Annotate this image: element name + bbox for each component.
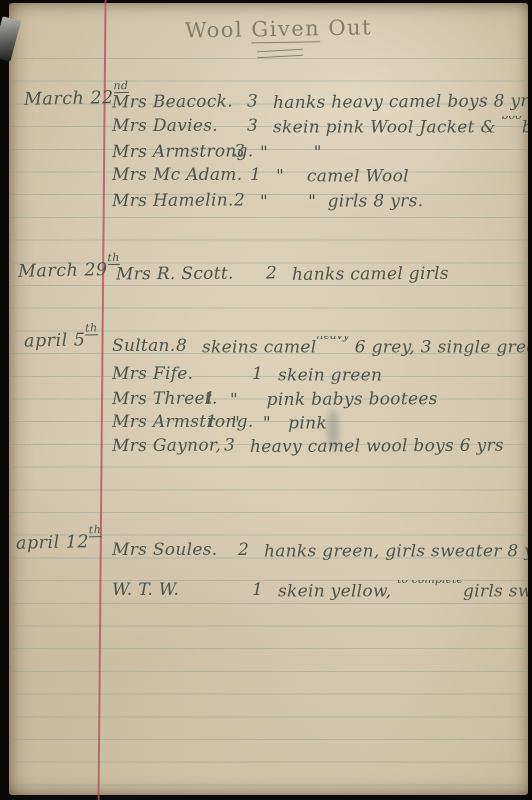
ledger-line: Mrs R. Scott. 2 hanks camel girls [116,262,528,287]
quantity: 3 [224,435,250,457]
recipient-name: Mrs Soules. [112,540,238,562]
scanned-ledger-page: { "page": { "title_pre": "Wool ", "title… [0,0,532,800]
date-ordinal: th [107,251,120,265]
quantity: 8 [176,336,202,358]
ledger-line: Mrs Beacock. 3 hanks heavy camel boys 8 … [112,90,528,115]
item-description: " camel Wool [276,165,409,187]
desc-part: skein yellow, [278,582,397,602]
entry-date-april-5: april 5th [24,328,98,351]
quantity: 1 [252,580,278,602]
date-text: april 5 [24,330,86,351]
quantity: 3 [234,141,260,163]
ledger-line: Mrs Soules. 2 hanks green, girls sweater… [112,540,528,562]
title-word-given: Given [251,16,320,43]
title-flourish [257,49,303,58]
desc-part: " " pink [232,414,327,434]
item-description: hanks green, girls sweater 8 yrs [264,540,528,562]
desc-part: heavy camel wool boys 6 yrs [250,436,504,457]
ledger-line: Mrs Davies. 3 skein pink Wool Jacket & b… [112,116,528,138]
desc-part: skein pink Wool Jacket & [273,118,502,138]
ledger-line: Mrs Armstrong. 1 " " pink [112,412,528,434]
desc-part: hanks camel girls [292,264,449,285]
title-word-out: Out [320,15,372,40]
item-description: skein green [278,364,382,386]
item-description: " " [260,141,322,163]
quantity: 1 [252,364,278,386]
entry-date-march-29: March 29th [18,258,121,282]
superscript-note: heavy [316,336,349,342]
quantity: 1 [206,412,232,434]
recipient-name: Mrs Hamelin. [112,190,234,212]
ledger-line: W. T. W. 1 skein yellow, to completegirl… [112,580,528,602]
ledger-line: Mrs Hamelin. 2 " " girls 8 yrs. [112,189,528,213]
quantity: 1 [250,165,276,187]
quantity: 2 [234,190,260,212]
recipient-name: Mrs Gaynor, [112,436,224,458]
desc-part: bonnet [522,118,528,138]
item-description: hanks camel girls [292,262,449,285]
recipient-name: Mrs Davies. [112,116,247,138]
desc-part: hanks green, girls sweater 8 yrs [264,542,528,562]
desc-part: " " [260,143,322,163]
date-ordinal: nd [113,79,128,93]
recipient-name: Mrs Threet. [112,389,204,411]
superscript-note: boo [502,116,522,122]
title-word-wool: Wool [185,17,252,42]
date-ordinal: th [89,523,102,537]
item-description: skeins camelheavy 6 grey, 3 single green… [202,336,528,358]
ledger-line: Mrs Armstrong. 3 " " [112,140,528,164]
ledger-line: Mrs Threet. 1 " pink babys bootees [112,387,528,411]
desc-part: 6 grey, 3 single green [349,338,528,358]
date-text: april 12 [16,532,89,554]
ledger-line: Mrs Mc Adam. 1 " camel Wool [112,165,528,187]
ledger-line: Sultan. 8 skeins camelheavy 6 grey, 3 si… [112,336,528,358]
superscript-note: to complete [397,580,463,586]
date-text: March 29 [18,260,108,282]
recipient-name: Mrs Armstrong. [112,412,206,434]
recipient-name: Mrs Beacock. [112,92,247,115]
recipient-name: Mrs Armstrong. [112,141,234,163]
date-text: March 22 [24,88,114,110]
ledger-line: Mrs Gaynor, 3 heavy camel wool boys 6 yr… [112,434,528,458]
ledger-paper: Wool Given Out March 22nd Mrs Beacock. 3… [9,3,528,795]
ledger-line: Mrs Fife. 1 skein green [112,364,528,386]
item-description: " pink babys bootees [230,387,438,410]
quantity: 3 [247,91,273,113]
item-description: heavy camel wool boys 6 yrs [250,434,504,457]
recipient-name: Mrs Mc Adam. [112,165,250,187]
desc-part: " " girls 8 yrs. [260,191,423,212]
entry-date-april-12: april 12th [16,530,102,554]
desc-part: girls sweater 6 yrs [463,582,528,602]
desc-part: skein green [278,366,382,386]
desc-part: skeins camel [202,338,316,358]
recipient-name: W. T. W. [112,580,252,602]
recipient-name: Mrs Fife. [112,364,252,386]
recipient-name: Sultan. [112,336,176,358]
desc-part: hanks heavy camel boys 8 yrs [273,91,528,113]
page-title: Wool Given Out [185,15,372,42]
item-description: skein pink Wool Jacket & boobonnet [273,116,528,138]
quantity: 2 [266,263,292,285]
desc-part: " camel Wool [276,167,409,187]
recipient-name: Mrs R. Scott. [116,263,266,286]
quantity: 3 [247,116,273,138]
desc-part: " pink babys bootees [230,389,438,410]
item-description: " " pink [232,412,327,434]
quantity: 2 [238,540,264,562]
item-description: " " girls 8 yrs. [260,189,423,212]
date-ordinal: th [85,321,98,335]
item-description: skein yellow, to completegirls sweater 6… [278,580,528,602]
quantity: 1 [204,388,230,410]
item-description: hanks heavy camel boys 8 yrs [273,90,528,113]
